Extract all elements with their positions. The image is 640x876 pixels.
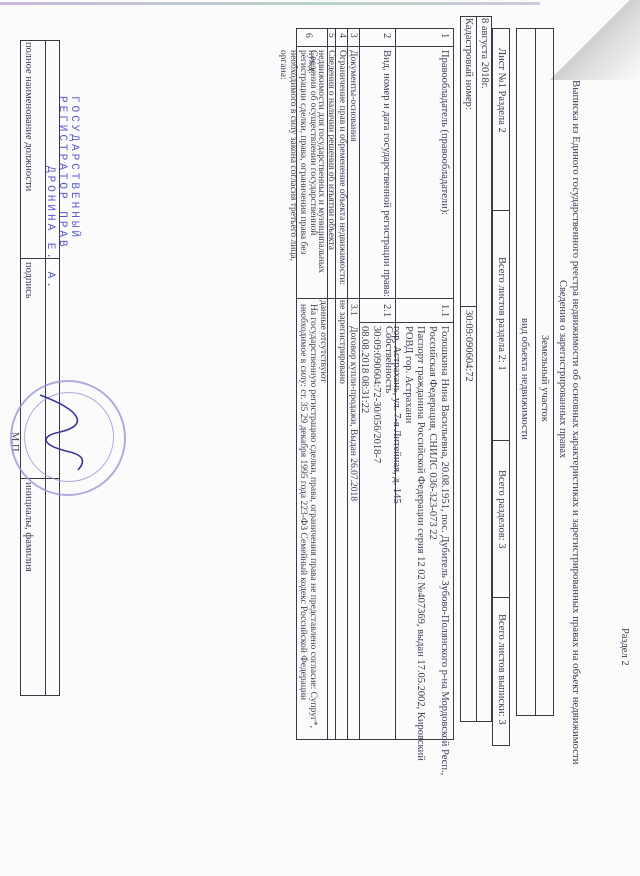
row-subnumber: 1.1	[438, 304, 450, 317]
sheets-in-section: Всего листов раздела 2: 1	[495, 257, 507, 371]
row-number: 1	[438, 33, 450, 38]
document-basis-value: Договор купли-продажи, Выдан 26.07.2018	[348, 326, 358, 501]
cadastral-label: Кадастровый номер:	[462, 18, 474, 110]
right-holder-details: Голошкина Нина Васильевна, 20.08.1951, п…	[390, 326, 450, 775]
initials-caption: инициалы, фамилия	[22, 482, 34, 572]
row-number: 6	[302, 33, 314, 38]
row-subnumber: 3.1	[348, 304, 358, 316]
seizure-value: данные отсутствуют	[318, 300, 328, 383]
row-label-registration: Вид, номер и дата государственной регист…	[380, 50, 392, 297]
encumbrance-value: не зарегистрировано	[337, 300, 347, 384]
position-caption: полное наименование должности	[22, 42, 34, 191]
row-number: 3	[348, 33, 358, 38]
signature-caption: подпись	[22, 262, 34, 299]
row-number: 2	[380, 33, 392, 38]
object-type-caption: вид объекта недвижимости	[518, 318, 530, 440]
section-label: Раздел 2	[618, 628, 630, 666]
signature-scribble	[30, 390, 100, 480]
sheet-number: Лист №1 Раздела 2	[495, 48, 507, 133]
document-title: Выписка из Единого государственного реес…	[570, 80, 582, 765]
registration-details: Собственность 30:09:090604:72-30/056/201…	[358, 326, 394, 463]
row-label-encumbrance: Ограничение прав и обременение объекта н…	[337, 50, 347, 285]
row-subnumber: 2.1	[380, 304, 392, 317]
sheets-total: Всего листов выписки: 3	[495, 614, 507, 725]
document-page: Раздел 2 Выписка из Единого государствен…	[0, 0, 640, 876]
row-number: 4	[337, 33, 347, 38]
extract-date: 8 августа 2018г.	[478, 18, 490, 88]
consent-value: На государственную регистрацию сделки, п…	[298, 304, 318, 728]
row-label-right-holder: Правообладатель (правообладатели):	[438, 50, 450, 215]
document-subtitle: Сведения о зарегистрированных правах	[556, 280, 568, 458]
cadastral-number: 30:09:090604:72	[462, 310, 474, 382]
row-label-consent: Сведения об осуществлении государственно…	[278, 50, 318, 261]
sections-total: Всего разделов: 3	[495, 470, 507, 548]
row-label-documents: Документы-основания	[348, 50, 358, 142]
object-type-value: Земельный участок	[538, 335, 550, 422]
row-number: 5	[326, 33, 335, 38]
